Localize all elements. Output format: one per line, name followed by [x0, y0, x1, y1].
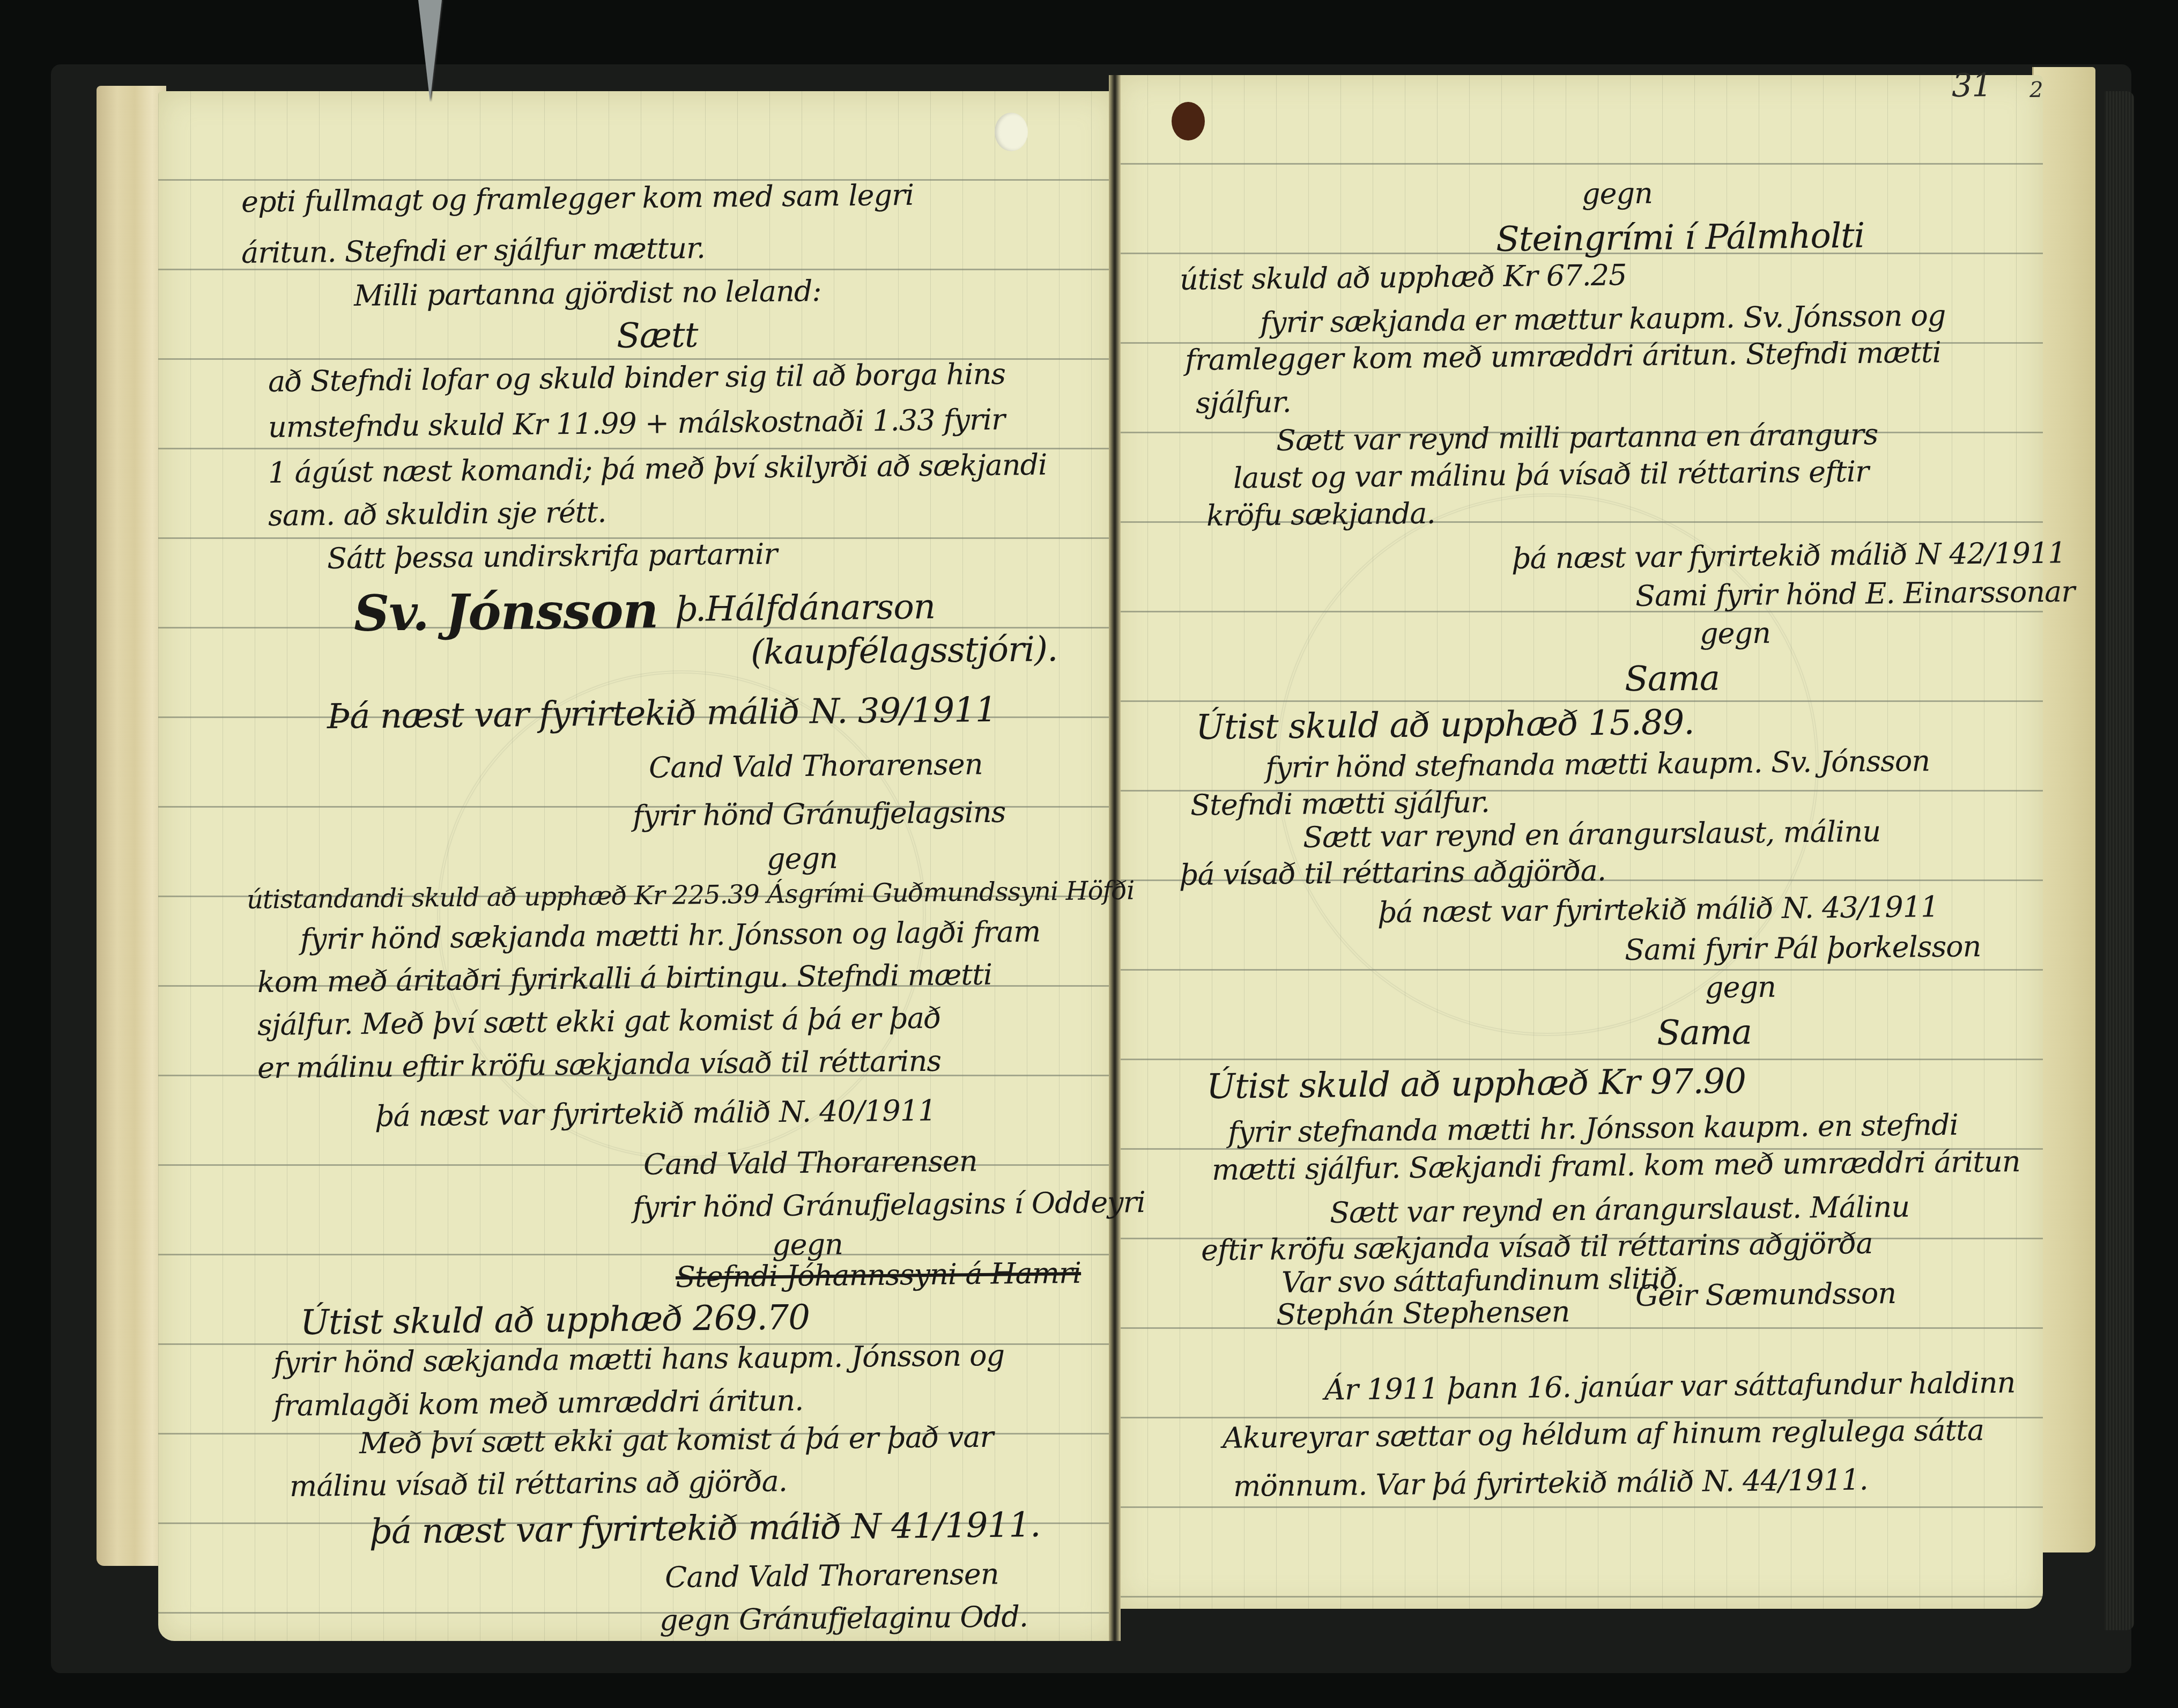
right-line: Var svo sáttafundinum slitið — [1281, 1261, 1677, 1299]
plaintiff: Cand Vald Thorarensen — [665, 1557, 999, 1594]
plaintiff: Cand Vald Thorarensen — [643, 1144, 977, 1181]
plaintiff: Cand Vald Thorarensen — [649, 747, 983, 785]
right-line: Sætt var reynd en árangurslaust. Málinu — [1330, 1190, 1910, 1230]
right-line: fyrir hönd stefnanda mætti kaupm. Sv. Jó… — [1265, 744, 1930, 785]
right-line: Sætt var reynd en árangurslaust, málinu — [1303, 815, 1881, 854]
book-cover-edge — [2105, 91, 2134, 1630]
left-line: Sátt þessa undirskrifa partarnir — [327, 537, 777, 575]
right-line: þá vísað til réttarins aðgjörða. — [1180, 854, 1606, 892]
signature-saemundsson: Geir Sæmundsson — [1635, 1276, 1897, 1313]
right-line: Sætt var reynd milli partanna en árangur… — [1276, 417, 1878, 457]
case-header-43: þá næst var fyrirtekið málið N. 43/1911 — [1378, 890, 1939, 929]
right-line: laust og var málinu þá vísað til réttari… — [1233, 455, 1869, 495]
signature-halfdanarson: þ.Hálfdánarson — [676, 587, 936, 630]
gegn-label: gegn — [767, 841, 838, 876]
page-pin-icon — [418, 0, 442, 102]
right-line: Útist skuld að upphæð Kr 97.90 — [1206, 1061, 1746, 1107]
right-line: útist skuld að upphæð Kr 67.25 — [1180, 258, 1627, 297]
left-line: málinu vísað til réttarins að gjörða. — [290, 1464, 788, 1503]
left-line: gegn Gránufjelaginu Odd. — [660, 1600, 1028, 1637]
left-line: framlagði kom með umræddri áritun. — [273, 1384, 804, 1423]
plaintiff-representative: fyrir hönd Gránufjelagsins í Oddeyri — [633, 1185, 1145, 1224]
right-line: sjálfur. — [1196, 385, 1291, 420]
defendant-name: Sama — [1657, 1012, 1752, 1053]
struck-defendant-name: Stefndi Jóhannssyni á Hamri — [676, 1256, 1081, 1294]
next-page-number-peek: 2 — [2029, 78, 2043, 102]
left-line: Með því sætt ekki gat komist á þá er það… — [359, 1420, 994, 1460]
signature-stephensen: Stephán Stephensen — [1276, 1295, 1570, 1332]
plaintiff: Sami fyrir Pál þorkelsson — [1625, 929, 1981, 967]
right-line: fyrir sækjanda er mættur kaupm. Sv. Jóns… — [1260, 299, 1946, 339]
punch-hole — [995, 113, 1028, 151]
book-gutter — [1109, 75, 1121, 1641]
case-header-40: þá næst var fyrirtekið málið N. 40/1911 — [375, 1093, 936, 1133]
gegn-label: gegn — [1700, 616, 1771, 650]
right-line: Útist skuld að upphæð 15.89. — [1196, 703, 1694, 748]
right-line: Stefndi mætti sjálfur. — [1190, 785, 1490, 822]
left-line: er málinu eftir kröfu sækjanda vísað til… — [257, 1044, 942, 1085]
right-line: Ár 1911 þann 16. janúar var sáttafundur … — [1324, 1366, 2016, 1407]
left-line: áritun. Stefndi er sjálfur mættur. — [241, 231, 706, 270]
punch-hole — [1172, 102, 1205, 141]
left-line: Útist skuld að upphæð 269.70 — [300, 1298, 810, 1343]
left-line: epti fullmagt og framlegger kom med sam … — [241, 178, 914, 219]
plaintiff: Sami fyrir hönd E. Einarssonar — [1635, 574, 2075, 613]
plaintiff-representative: fyrir hönd Gránufjelagsins — [633, 795, 1006, 833]
gegn-label: gegn — [1582, 176, 1653, 211]
right-line: mönnum. Var þá fyrirtekið málið N. 44/19… — [1233, 1463, 1868, 1503]
watermark-stamp — [437, 670, 926, 1159]
signature-title: (kaupfélagsstjóri). — [751, 630, 1058, 672]
defendant-name: Sama — [1625, 659, 1720, 699]
case-header-41: þá næst var fyrirtekið málið N 41/1911. — [370, 1505, 1041, 1552]
signature-sv-jonsson: Sv. Jónsson — [353, 581, 658, 642]
gegn-label: gegn — [1705, 970, 1776, 1004]
page-number: 31 — [1952, 66, 1992, 105]
left-line: sam. að skuldin sje rétt. — [268, 495, 606, 533]
right-line: kröfu sækjanda. — [1206, 497, 1435, 533]
left-page-stack — [97, 86, 166, 1566]
right-line: eftir kröfu sækjanda vísað til réttarins… — [1201, 1226, 1873, 1267]
case-header-42: þá næst var fyrirtekið málið N 42/1911 — [1512, 536, 2066, 575]
left-line: sjálfur. Með því sætt ekki gat komist á … — [257, 1001, 941, 1042]
left-heading-saett: Sætt — [617, 315, 698, 356]
defendant-name: Steingrími í Pálmholti — [1496, 216, 1865, 260]
gegn-label: gegn — [772, 1228, 843, 1262]
case-header-39: Þá næst var fyrirtekið málið N. 39/1911 — [327, 690, 997, 737]
left-line: Milli partanna gjördist no leland: — [354, 274, 821, 313]
